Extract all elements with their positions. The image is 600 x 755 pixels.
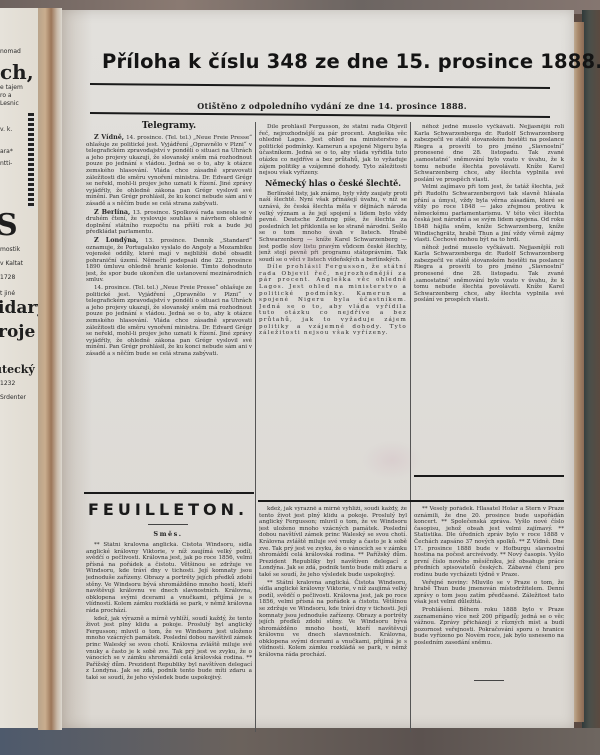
section-heading: Telegramy. [86,121,252,132]
section-rule [414,475,564,477]
feuilleton-text: ** Veselý pořádek. Hlasatel Holar a Ster… [414,506,564,578]
left-page-heading: utecký [0,363,35,376]
article-column-3: něhož jedné muselo vyčkávati. Nejjasnějš… [414,124,564,472]
left-page-heading: ch, [0,60,34,84]
feuilleton-rule [84,492,254,494]
dateline: Z Vídně, [94,133,124,141]
book-gutter [38,8,62,730]
feuilleton-subheading: Směs. [88,530,248,538]
feuilleton-text: ** Státní kralovna anglická. Čistota Win… [259,580,407,659]
article-text: Díle prohlásil Fergusson, že státní rada… [259,124,407,176]
feuilleton-column-1: ** Státní kralovna anglická. Čistota Win… [86,542,252,682]
dateline: Z Londýna, [94,236,138,244]
left-page-snippet: ntti- [0,160,12,167]
paper-stain [272,220,352,280]
article-text: něhož jedné muselo vyčkávati. Nejjasnějš… [414,124,564,183]
article-heading: Německý hlas o české šlechtě. [259,178,407,189]
article-text: 14. prosince. (Tel. tel.) „Neue Freie Pr… [86,135,252,207]
article-text: Velmi zajímavo při tom jest, že tatáž šl… [414,184,564,243]
feuilleton-text: ** Státní kralovna anglická. Čistota Win… [86,542,252,614]
article-text: 13. prosince. Denník „Standard“ oznamuje… [86,238,252,284]
feuilleton-heading: FEUILLETON. [88,500,248,519]
column-divider [255,122,256,732]
left-page-heading: S [0,208,18,243]
end-rule [474,680,504,681]
left-page-snippet: ara* [0,148,13,155]
feuilleton-text: Veřejné noviny: Mluvilo se v Praze o tom… [414,580,564,606]
left-page-heading: idary [0,298,40,318]
masthead-rule [90,83,550,89]
left-page-snippet: v. k. [0,126,12,133]
previous-page-fragment: nomad ch, e tajem ro a Lesnic v. k. ara*… [0,8,40,728]
feuilleton-text: Prohlášení. Během roku 1888 bylo v Praze… [414,607,564,646]
newspaper-page: Příloha k číslu 348 ze dne 15. prosince … [62,10,574,728]
edition-note: Otištěno z odpoledního vydání ze dne 14.… [132,101,532,111]
left-page-snippet: 1728 [0,274,15,281]
heading-underline [148,524,188,525]
left-page-heading: roje [0,322,35,342]
ad-border-ornament [28,113,34,208]
left-page-snippet: Lesnic [0,100,19,107]
book-cover-edge [582,10,600,730]
left-page-snippet: e tajem [0,84,23,91]
article-column-2: Díle prohlásil Fergusson, že státní rada… [259,124,407,474]
left-page-snippet: mostik [0,246,20,253]
article-text: něhož jedné muselo vyčkávati. Nejjasnějš… [414,245,564,304]
left-page-snippet: Srdenter [0,394,26,401]
paper-stain [362,440,422,480]
feuilleton-column-3: ** Veselý pořádek. Hlasatel Holar a Ster… [414,506,564,674]
page-title: Příloha k číslu 348 ze dne 15. prosince … [102,50,542,73]
article-text: 14. prosince. (Tel. tel.) „Neue Freie Pr… [86,285,252,357]
left-page-snippet: ro a [0,92,12,99]
left-page-snippet: v Kaltat [0,260,23,267]
dateline: Z Berlína, [94,208,130,216]
feuilleton-text: kdež, jak výrazně a mírně vyhlíží, soudí… [86,616,252,681]
feuilleton-text: kdež, jak výrazně a mírně vyhlíží, soudí… [259,506,407,578]
feuilleton-rule [258,500,564,502]
left-page-snippet: nomad [0,48,21,55]
left-page-snippet: t jiné [0,290,15,297]
feuilleton-column-2: kdež, jak výrazně a mírně vyhlíží, soudí… [259,506,407,684]
article-column-1: Telegramy. Z Vídně, 14. prosince. (Tel. … [86,120,252,488]
column-divider [410,122,411,732]
subhead-rule [90,112,550,118]
table-surface [0,728,600,755]
left-page-snippet: 1232 [0,380,15,387]
